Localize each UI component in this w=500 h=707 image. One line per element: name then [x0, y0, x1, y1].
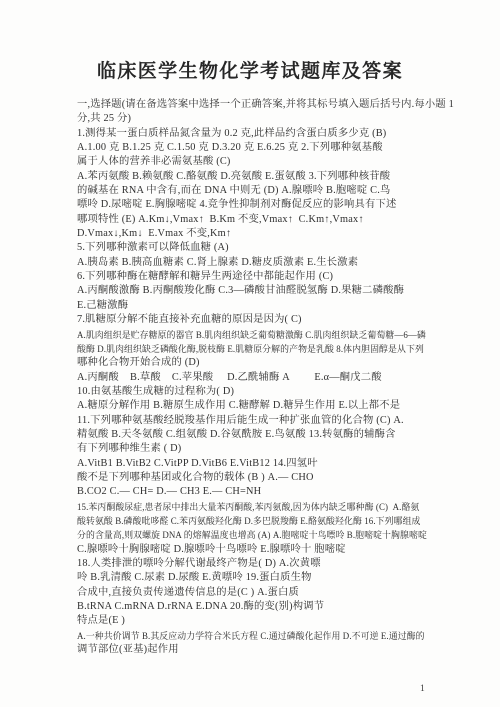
- text-line: A.VitB1 B.VitB2 C.VitPP D.VitB6 E.VitB12…: [77, 457, 457, 471]
- text-line: 特点是(E ): [77, 614, 457, 628]
- text-line: 10.由氨基酸生成糖的过程称为( D): [77, 385, 457, 399]
- document-page: 临床医学生物化学考试题库及答案 一,选择题(请在备选答案中选择一个正确答案,并将…: [0, 0, 500, 707]
- text-line: A.一种共价调节 B.其反应动力学符合米氏方程 C.通过磷酸化起作用 D.不可逆…: [77, 629, 457, 643]
- text-line: 7.肌糖原分解不能直接补充血糖的原因是因为( C): [77, 313, 457, 327]
- text-line: 合成中,直接负责传递遗传信息的是(C ) A.蛋白质: [77, 586, 457, 600]
- text-line: 18.人类排泄的嘌呤分解代谢最终产物是( D) A.次黄嘌: [77, 557, 457, 571]
- text-line: 哪种化合物开始合成的 (D): [77, 356, 457, 370]
- text-line: A.糖原分解作用 B.糖原生成作用 C.糖酵解 D.糖异生作用 E.以上都不是: [77, 399, 457, 413]
- text-line: A.肌肉组织是贮存糖原的器官 B.肌肉组织缺乏葡萄糖激酶 C.肌肉组织缺乏葡萄糖…: [77, 328, 457, 342]
- text-line: 呤 B.乳清酸 C.尿素 D.尿酸 E.黄嘌呤 19.蛋白质生物: [77, 571, 457, 585]
- text-line: 哪项特性 (E) A.Km↓,Vmax↑ B.Km 不变,Vmax↑ C.Km↑…: [77, 213, 457, 227]
- text-line: 的碱基在 RNA 中含有,而在 DNA 中则无 (D) A.腺嘌呤 B.胞嘧啶 …: [77, 184, 457, 198]
- text-line: 分的含量高,则双螺旋 DNA 的熔解温度也增高 (A) A.胞嘧啶十鸟嘌呤 B.…: [77, 528, 457, 542]
- text-line: 1.测得某一蛋白质样品氮含量为 0.2 克,此样品约含蛋白质多少克 (B): [77, 127, 457, 141]
- text-line: A.丙酮酸激酶 B.丙酮酸羧化酶 C.3—磷酸甘油醛脱氢酶 D.果糖二磷酸酶: [77, 284, 457, 298]
- text-line: D.Vmax↓,Km↓ E.Vmax 不变,Km↑: [77, 227, 457, 241]
- text-line: 酸不是下列哪种基团或化合物的载体 (B ) A.— CHO: [77, 471, 457, 485]
- text-line: 5.下列哪种激素可以降低血糖 (A): [77, 241, 457, 255]
- text-line: 15.苯丙酮酸尿症,患者尿中排出大量苯丙酮酸,苯丙氨酸,因为体内缺乏哪种酶 (C…: [77, 500, 457, 514]
- page-title: 临床医学生物化学考试题库及答案: [0, 56, 500, 83]
- text-line: 精氨酸 B.天冬氨酸 C.组氨酸 D.谷氨酰胺 E.鸟氨酸 13.转氨酶的辅酶含: [77, 428, 457, 442]
- text-line: A.苯丙氨酸 B.赖氨酸 C.酪氨酸 D.亮氨酸 E.蛋氨酸 3.下列哪种核苷酸: [77, 170, 457, 184]
- text-line: 有下列哪种维生素 ( D): [77, 442, 457, 456]
- text-line: C.腺嘌呤十胸腺嘧啶 D.腺嘌呤十鸟嘌呤 E.腺嘌呤十 胞嘧啶: [77, 543, 457, 557]
- document-body: 一,选择题(请在备选答案中选择一个正确答案,并将其标号填入题后括号内.每小题 1…: [77, 98, 457, 657]
- text-line: 6.下列哪种酶在糖酵解和糖异生两途径中都能起作用 (C): [77, 270, 457, 284]
- text-line: E.己糖激酶: [77, 299, 457, 313]
- page-number: 1: [420, 684, 425, 694]
- text-line: 一,选择题(请在备选答案中选择一个正确答案,并将其标号填入题后括号内.每小题 1: [77, 98, 457, 112]
- text-line: 调节部位(亚基)起作用: [77, 643, 457, 657]
- text-line: 分,共 25 分): [77, 112, 457, 126]
- text-line: 11.下列哪种氨基酸经脱羧基作用后能生成一种扩张血管的化合物 (C) A.: [77, 414, 457, 428]
- text-line: 属于人体的营养非必需氨基酸 (C): [77, 155, 457, 169]
- text-line: B.tRNA C.mRNA D.rRNA E.DNA 20.酶的变(别)构调节: [77, 600, 457, 614]
- text-line: A.胰岛素 B.胰高血糖素 C.肾上腺素 D.糖皮质激素 E.生长激素: [77, 256, 457, 270]
- text-line: 酸转氨酸 B.磷酸吡哆醛 C.苯丙氨酸羟化酶 D.多巴脱羧酶 E.酪氨酸羟化酶 …: [77, 514, 457, 528]
- text-line: B.CO2 C.— CH= D.— CH3 E.— CH=NH: [77, 485, 457, 499]
- text-line: A.丙酮酸 B.草酸 C.苹果酸 D.乙酰辅酶 A E.α—酮戊二酸: [77, 371, 457, 385]
- text-line: 酸酶 D.肌肉组织缺乏磷酸化酶,脱枝酶 E.肌糖原分解的产物是乳酸 8.体内胆固…: [77, 342, 457, 356]
- text-line: 嘌呤 D.尿嘧啶 E.胸腺嘧啶 4.竞争性抑制剂对酶促反应的影响具有下述: [77, 198, 457, 212]
- text-line: A.1.00 克 B.1.25 克 C.1.50 克 D.3.20 克 E.6.…: [77, 141, 457, 155]
